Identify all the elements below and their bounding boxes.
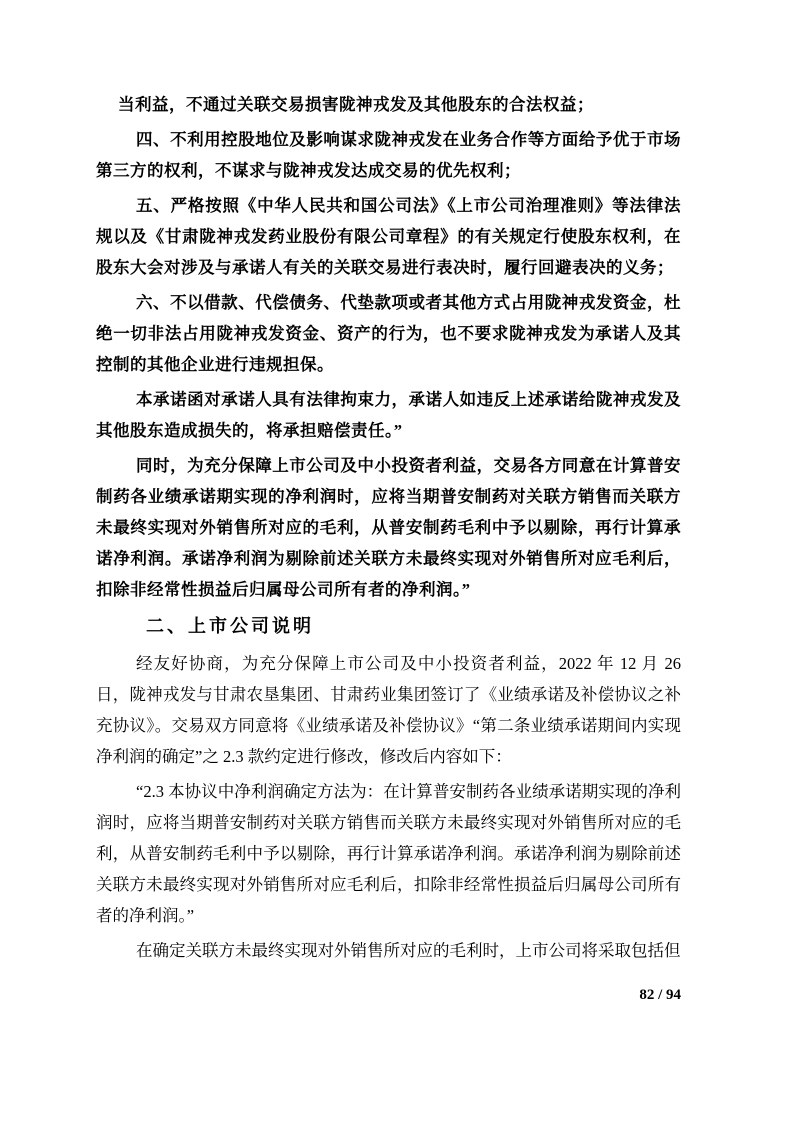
- net-profit-adjustment-paragraph: 同时，为充分保障上市公司及中小投资者利益，交易各方同意在计算普安制药各业绩承诺期…: [96, 450, 681, 605]
- commitment-item-6: 六、不以借款、代偿债务、代垫款项或者其他方式占用陇神戎发资金，杜绝一切非法占用陇…: [96, 287, 681, 380]
- commitment-item-4: 四、不利用控股地位及影响谋求陇神戎发在业务合作等方面给予优于市场第三方的权利，不…: [96, 124, 681, 186]
- gross-profit-determination-paragraph: 在确定关联方未最终实现对外销售所对应的毛利时，上市公司将采取包括但: [96, 935, 681, 966]
- commitment-item-5: 五、严格按照《中华人民共和国公司法》《上市公司治理准则》等法律法规以及《甘肃陇神…: [96, 190, 681, 283]
- paragraph-continuation-shareholder-rights: 当利益，不通过关联交易损害陇神戎发及其他股东的合法权益；: [96, 89, 681, 120]
- page-number: 82 / 94: [96, 986, 681, 1004]
- commitment-binding-paragraph: 本承诺函对承诺人具有法律拘束力，承诺人如违反上述承诺给陇神戎发及其他股东造成损失…: [96, 384, 681, 446]
- supplementary-agreement-paragraph: 经友好协商，为充分保障上市公司及中小投资者利益，2022 年 12 月 26 日…: [96, 648, 681, 772]
- document-page: 当利益，不通过关联交易损害陇神戎发及其他股东的合法权益； 四、不利用控股地位及影…: [0, 0, 793, 1122]
- clause-2-3-paragraph: “2.3 本协议中净利润确定方法为：在计算普安制药各业绩承诺期实现的净利润时，应…: [96, 776, 681, 931]
- section-heading-listed-company-statement: 二、上市公司说明: [96, 611, 681, 642]
